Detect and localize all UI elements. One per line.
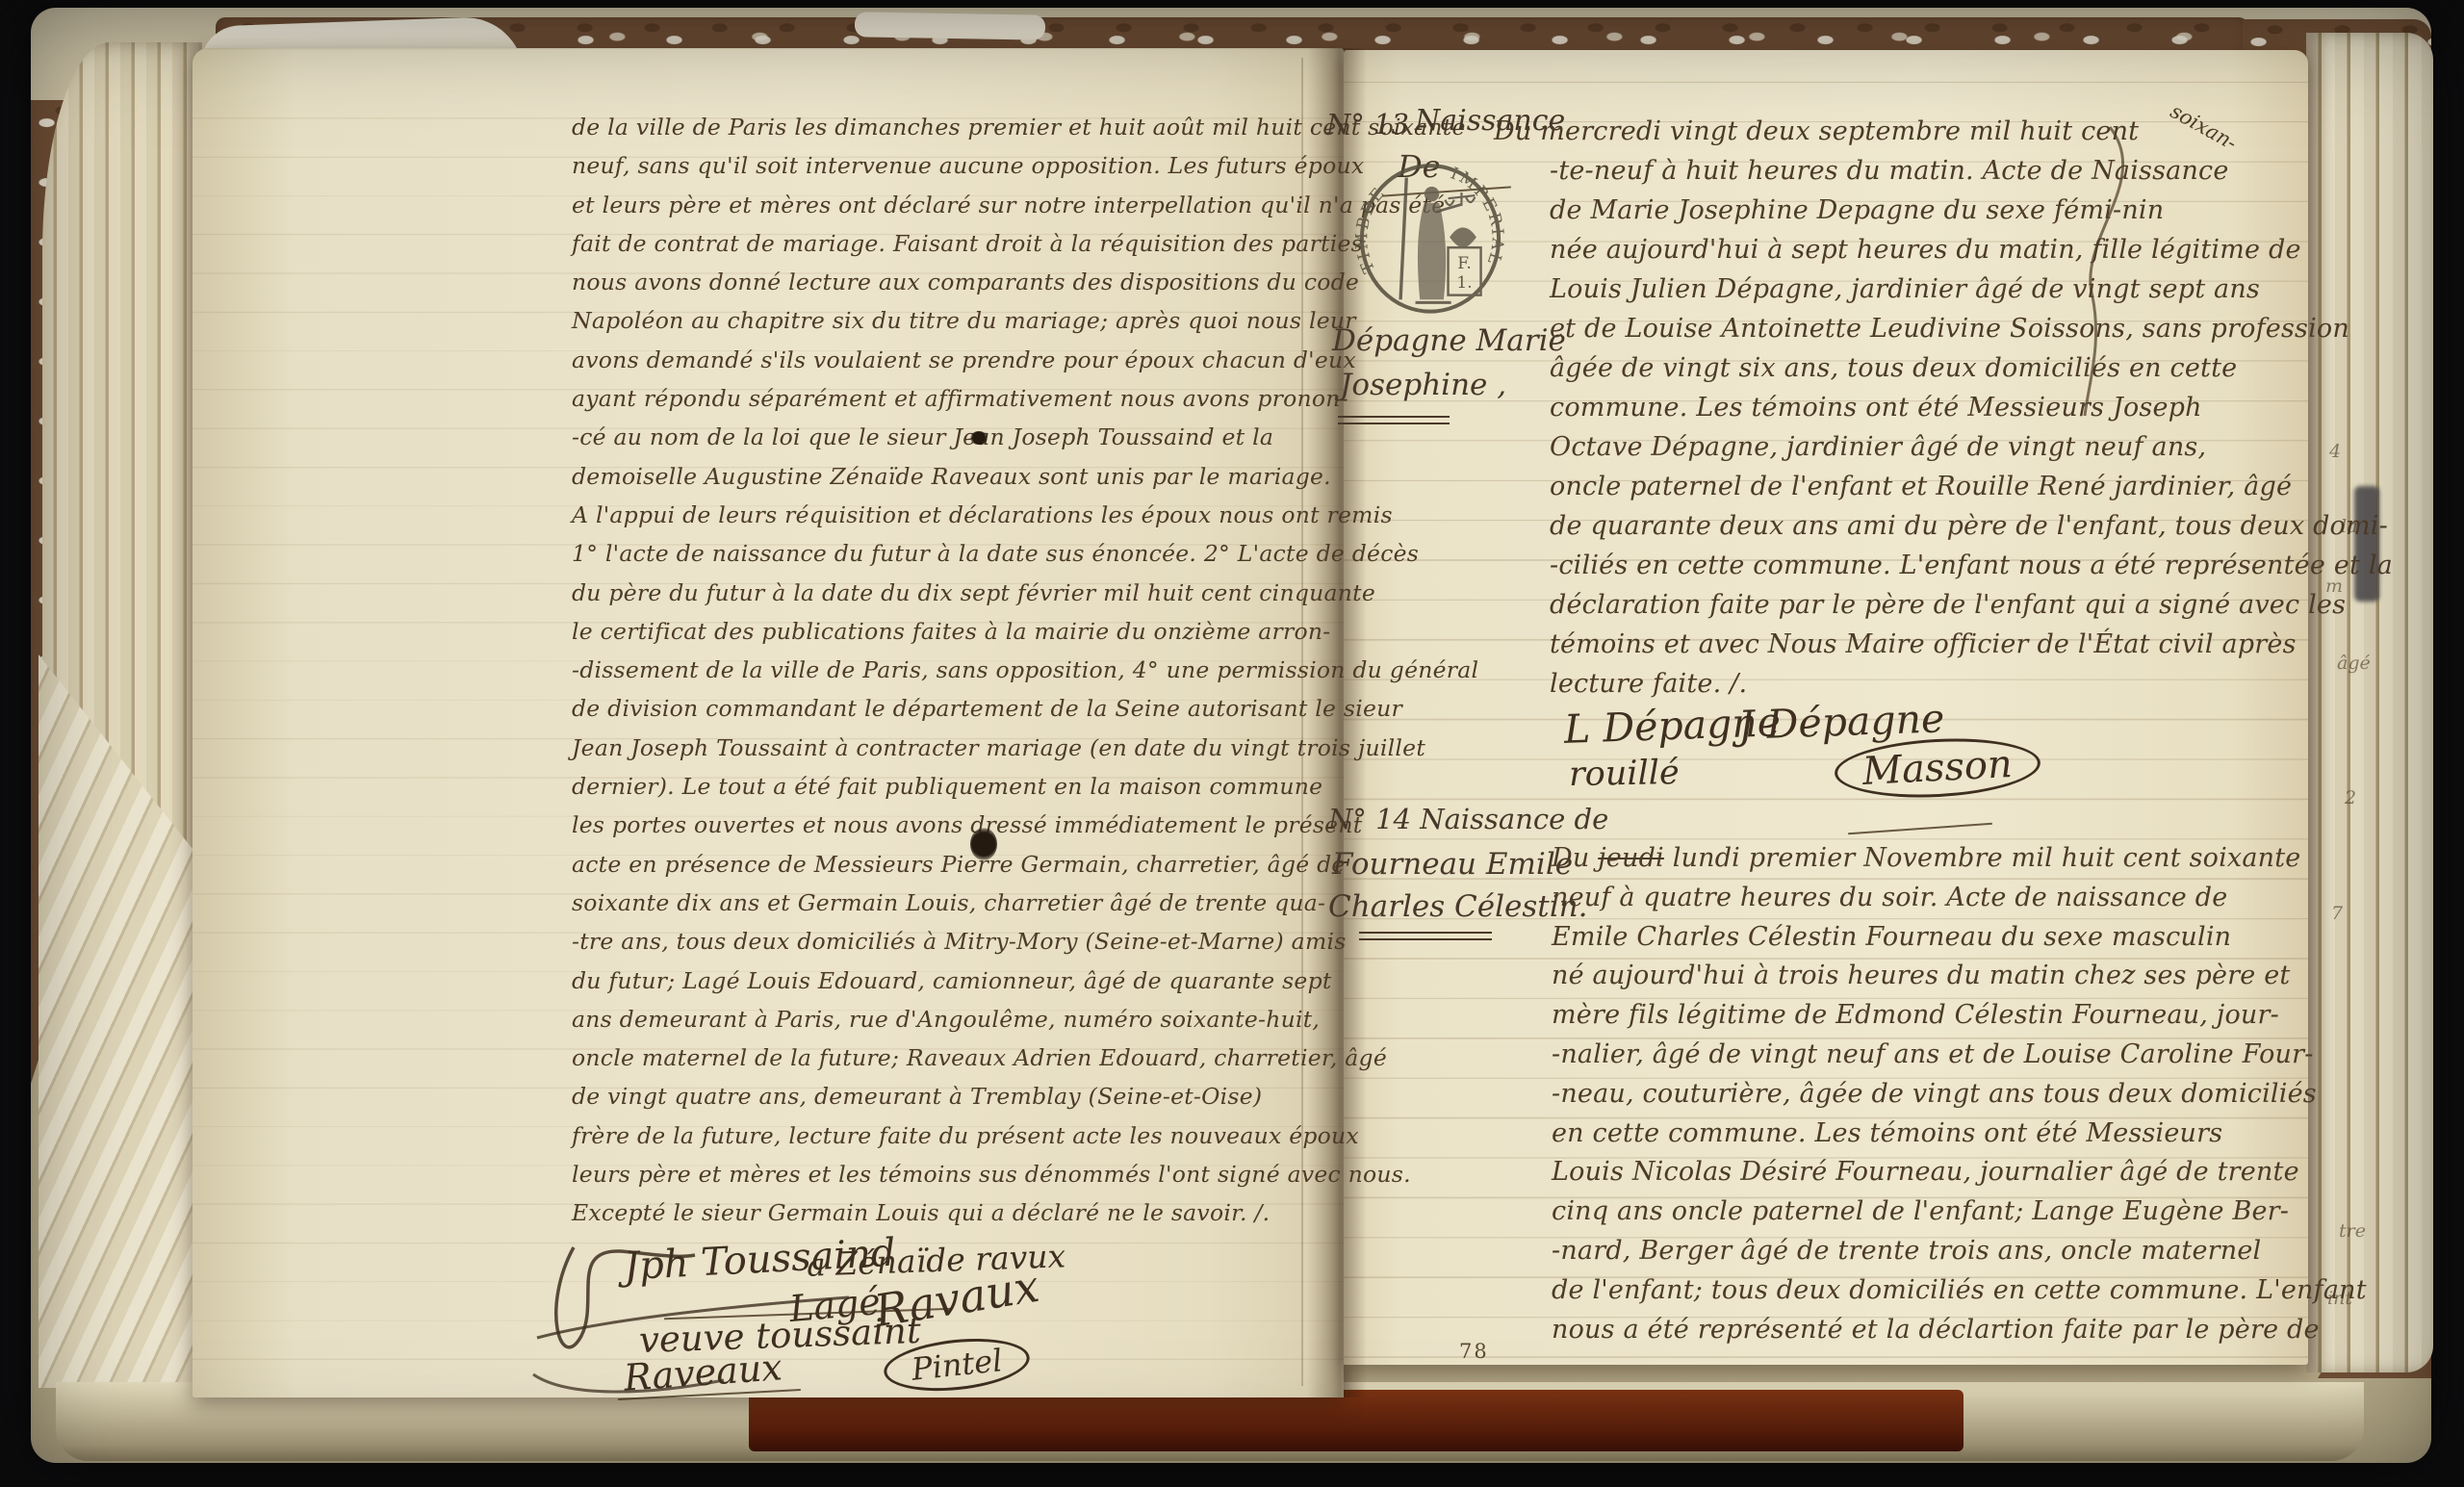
stamp-text-left: TIMBRE bbox=[1353, 183, 1390, 276]
birth-act-13-text: Du mercredi vingt deux septembre mil hui… bbox=[1550, 112, 2312, 704]
stamp-eagle bbox=[1450, 227, 1476, 247]
marriage-act-text: de la ville de Paris les dimanches premi… bbox=[572, 108, 1346, 1233]
manuscript-line: de quarante deux ans ami du père de l'en… bbox=[1550, 506, 2312, 546]
manuscript-line: de division commandant le département de… bbox=[572, 689, 1346, 728]
manuscript-line: commune. Les témoins ont été Messieurs J… bbox=[1550, 388, 2312, 427]
manuscript-line: née aujourd'hui à sept heures du matin, … bbox=[1550, 230, 2312, 269]
manuscript-line: 2 bbox=[2345, 789, 2356, 808]
manuscript-line: cinq ans oncle paternel de l'enfant; Lan… bbox=[1552, 1192, 2314, 1232]
manuscript-line: fait de contrat de mariage. Faisant droi… bbox=[572, 224, 1346, 263]
manuscript-line: âgé bbox=[2337, 654, 2371, 673]
manuscript-line: ans demeurant à Paris, rue d'Angoulême, … bbox=[572, 1000, 1346, 1038]
manuscript-line: demoiselle Augustine Zénaïde Raveaux son… bbox=[572, 457, 1346, 496]
entry14-margin-name1: Fourneau Emile bbox=[1332, 847, 1573, 882]
ink-blot bbox=[970, 828, 997, 860]
manuscript-line: -te-neuf à huit heures du matin. Acte de… bbox=[1550, 151, 2312, 191]
manuscript-line: né aujourd'hui à trois heures du matin c… bbox=[1552, 957, 2314, 996]
manuscript-line: et leurs père et mères ont déclaré sur n… bbox=[572, 186, 1346, 224]
stamp-shield-line1: F. bbox=[1457, 254, 1472, 273]
stamp-shield-line2: 1. bbox=[1456, 273, 1472, 293]
page-edge-sliver-top bbox=[855, 12, 1045, 39]
entry13-margin-name2: Josephine , bbox=[1340, 368, 1506, 402]
manuscript-line: 1° l'acte de naissance du futur à la dat… bbox=[572, 534, 1346, 573]
manuscript-line: déclaration faite par le père de l'enfan… bbox=[1550, 585, 2312, 625]
manuscript-line: 7 bbox=[2331, 905, 2343, 923]
entry14-margin-double-rule bbox=[1359, 932, 1492, 940]
timbre-imperial-stamp: TIMBRE IMPERIAL. F. 1. bbox=[1353, 160, 1507, 323]
birth-act-14-text: Du jeudi lundi premier Novembre mil huit… bbox=[1552, 839, 2314, 1349]
manuscript-line: neuf à quatre heures du soir. Acte de na… bbox=[1552, 879, 2314, 918]
manuscript-line: -neau, couturière, âgée de vingt ans tou… bbox=[1552, 1075, 2314, 1115]
manuscript-line: -cé au nom de la loi que le sieur Jean J… bbox=[572, 418, 1346, 456]
manuscript-line: du père du futur à la date du dix sept f… bbox=[572, 574, 1346, 612]
signature-rouille: rouillé bbox=[1569, 754, 1680, 794]
book-cradle-spine-bar bbox=[749, 1390, 1963, 1451]
manuscript-line: Du jeudi lundi premier Novembre mil huit… bbox=[1552, 839, 2314, 879]
entry14-margin-name2: Charles Célestin. bbox=[1328, 889, 1587, 924]
manuscript-line: acte en présence de Messieurs Pierre Ger… bbox=[572, 845, 1346, 884]
manuscript-line: et de Louise Antoinette Leudivine Soisso… bbox=[1550, 309, 2312, 348]
manuscript-line: âgée de vingt six ans, tous deux domicil… bbox=[1550, 348, 2312, 388]
manuscript-line: avons demandé s'ils voulaient se prendre… bbox=[572, 341, 1346, 379]
manuscript-line: témoins et avec Nous Maire officier de l… bbox=[1550, 625, 2312, 664]
manuscript-line: m bbox=[2325, 577, 2343, 596]
manuscript-line: oncle maternel de la future; Raveaux Adr… bbox=[572, 1038, 1346, 1077]
manuscript-line: oncle paternel de l'enfant et Rouille Re… bbox=[1550, 467, 2312, 506]
manuscript-line: Excepté le sieur Germain Louis qui a déc… bbox=[572, 1193, 1346, 1232]
ink-flourish bbox=[2060, 123, 2166, 422]
entry13-margin-name1: Dépagne Marie bbox=[1332, 323, 1566, 358]
stamp-staff bbox=[1400, 178, 1406, 300]
manuscript-line: Jean Joseph Toussaint à contracter maria… bbox=[572, 729, 1346, 767]
entry14-margin-line1: N° 14 Naissance de bbox=[1328, 803, 1608, 835]
manuscript-line: Louis Julien Dépagne, jardinier âgé de v… bbox=[1550, 269, 2312, 309]
svg-text:TIMBRE: TIMBRE bbox=[1353, 183, 1390, 276]
manuscript-line: nous a été représenté et la déclartion f… bbox=[1552, 1311, 2314, 1350]
manuscript-line: de la ville de Paris les dimanches premi… bbox=[572, 108, 1346, 146]
manuscript-line: -nalier, âgé de vingt neuf ans et de Lou… bbox=[1552, 1036, 2314, 1075]
page-number: 78 bbox=[1459, 1340, 1489, 1363]
manuscript-line: neuf, sans qu'il soit intervenue aucune … bbox=[572, 146, 1346, 185]
manuscript-line: -tre ans, tous deux domiciliés à Mitry-M… bbox=[572, 922, 1346, 961]
manuscript-line: de l'enfant; tous deux domiciliés en cet… bbox=[1552, 1271, 2314, 1311]
manuscript-line: dernier). Le tout a été fait publiquemen… bbox=[572, 767, 1346, 806]
manuscript-line: du futur; Lagé Louis Edouard, camionneur… bbox=[572, 961, 1346, 1000]
manuscript-line: Napoléon au chapitre six du titre du mar… bbox=[572, 301, 1346, 340]
photograph-of-open-register: de la ville de Paris les dimanches premi… bbox=[0, 0, 2464, 1487]
manuscript-line: A l'appui de leurs réquisition et déclar… bbox=[572, 496, 1346, 534]
manuscript-line: tre bbox=[2339, 1222, 2366, 1241]
manuscript-line: ayant répondu séparément et affirmativem… bbox=[572, 379, 1346, 418]
manuscript-line: de Marie Josephine Depagne du sexe fémi-… bbox=[1550, 191, 2312, 230]
stamp-justice-figure bbox=[1418, 203, 1446, 299]
fore-edge-text-fragments: 4lamâgé27treint bbox=[2312, 38, 2431, 1367]
manuscript-line: les portes ouvertes et nous avons dressé… bbox=[572, 806, 1346, 844]
manuscript-line: Louis Nicolas Désiré Fourneau, journalie… bbox=[1552, 1153, 2314, 1192]
ink-blot bbox=[970, 431, 988, 445]
manuscript-line: nous avons donné lecture aux comparants … bbox=[572, 263, 1346, 301]
manuscript-line: 4 bbox=[2329, 443, 2341, 461]
manuscript-line: soixante dix ans et Germain Louis, charr… bbox=[572, 884, 1346, 922]
manuscript-line: leurs père et mères et les témoins sus d… bbox=[572, 1155, 1346, 1193]
manuscript-line: la bbox=[2341, 518, 2357, 536]
manuscript-line: -nard, Berger âgé de trente trois ans, o… bbox=[1552, 1232, 2314, 1271]
manuscript-line: int bbox=[2327, 1290, 2352, 1308]
manuscript-line: mère fils légitime de Edmond Célestin Fo… bbox=[1552, 996, 2314, 1036]
manuscript-line: Octave Dépagne, jardinier âgé de vingt n… bbox=[1550, 427, 2312, 467]
manuscript-line: le certificat des publications faites à … bbox=[572, 612, 1346, 651]
manuscript-line: -dissement de la ville de Paris, sans op… bbox=[572, 651, 1346, 689]
manuscript-line: -ciliés en cette commune. L'enfant nous … bbox=[1550, 546, 2312, 585]
manuscript-line: de vingt quatre ans, demeurant à Trembla… bbox=[572, 1077, 1346, 1115]
entry13-margin-number: N° 13 - bbox=[1326, 108, 1427, 141]
manuscript-line: frère de la future, lecture faite du pré… bbox=[572, 1116, 1346, 1155]
manuscript-line: Emile Charles Célestin Fourneau du sexe … bbox=[1552, 918, 2314, 958]
entry13-margin-double-rule bbox=[1338, 416, 1450, 424]
manuscript-line: en cette commune. Les témoins ont été Me… bbox=[1552, 1115, 2314, 1154]
